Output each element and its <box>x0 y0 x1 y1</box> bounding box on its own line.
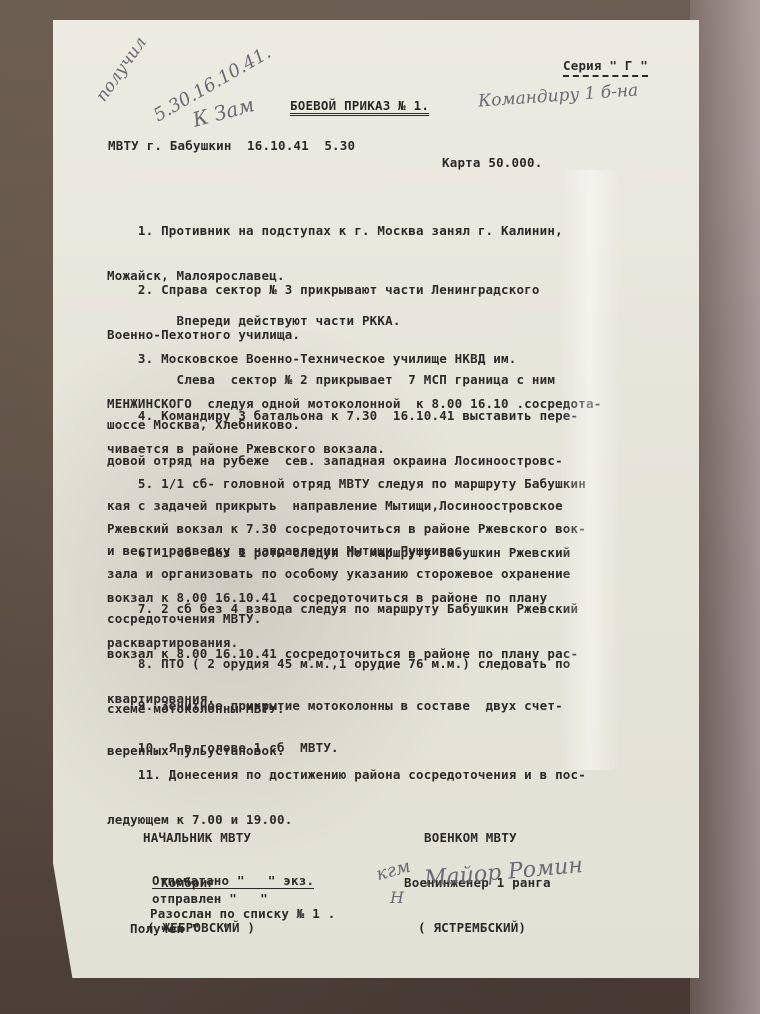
left-title: НАЧАЛЬНИК МВТУ <box>143 830 255 845</box>
sent-line: отправлен " " <box>152 891 268 906</box>
right-title: ВОЕНКОМ МВТУ <box>400 830 551 845</box>
series-label: Серия " Г " <box>563 58 648 77</box>
received-line: Получен " " <box>130 921 230 936</box>
printed-count: Отпечатано " " экз. <box>152 873 314 889</box>
right-name: ( ЯСТРЕМБСКИЙ) <box>400 920 551 935</box>
map-scale: Карта 50.000. <box>442 155 542 170</box>
place-date: МВТУ г. Бабушкин 16.10.41 5.30 <box>108 138 355 153</box>
glass-glare <box>690 0 760 1014</box>
mailed-line: Разослан по списку № 1 . <box>150 906 335 921</box>
handwritten-footer-mark2: Н <box>390 888 404 907</box>
order-title: БОЕВОЙ ПРИКАЗ № 1. <box>290 98 429 116</box>
